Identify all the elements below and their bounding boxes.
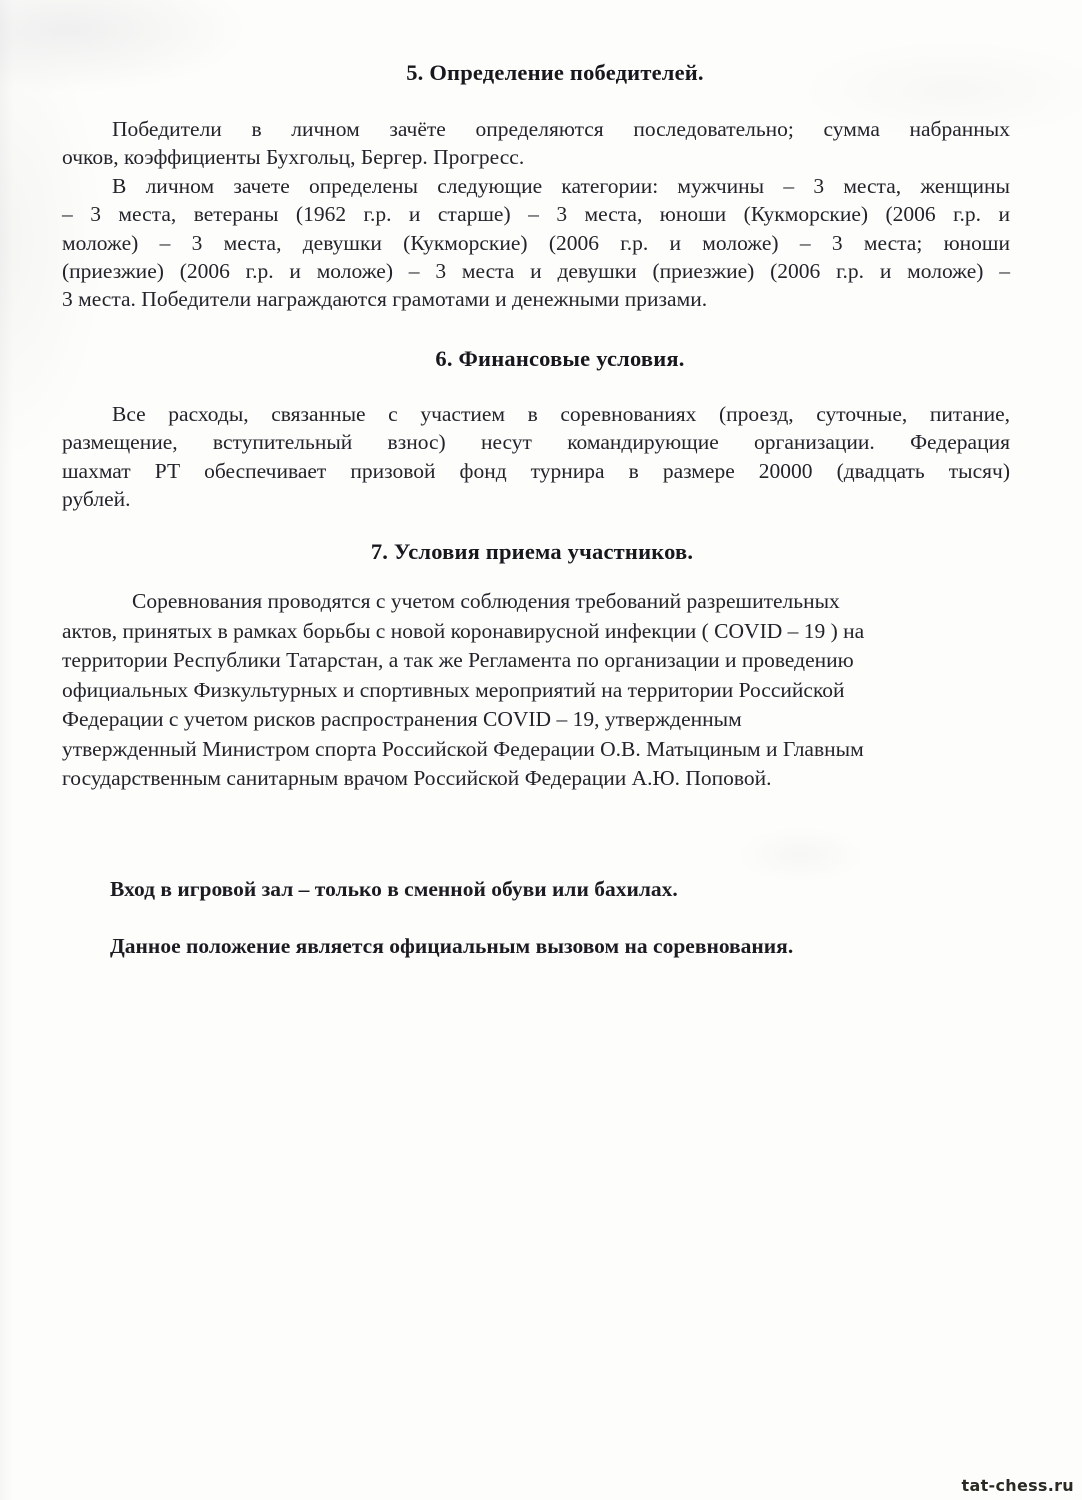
text-line: 3 места. Победители награждаются грамота… bbox=[62, 285, 1010, 313]
text-line: актов, принятых в рамках борьбы с новой … bbox=[62, 617, 1010, 647]
document-body: 5. Определение победителей. Победители в… bbox=[0, 0, 1082, 961]
text-line: государственным санитарным врачом Россий… bbox=[62, 764, 1010, 794]
text-line: очков, коэффициенты Бухгольц, Бергер. Пр… bbox=[62, 143, 1010, 171]
document-notes: Вход в игровой зал – только в сменной об… bbox=[110, 875, 1010, 961]
text-line: шахмат РТ обеспечивает призовой фонд тур… bbox=[62, 457, 1010, 485]
section-admission: 7. Условия приема участников. Соревнован… bbox=[62, 538, 1010, 794]
text-line: Все расходы, связанные с участием в соре… bbox=[62, 400, 1010, 428]
section-5-heading: 5. Определение победителей. bbox=[81, 59, 1029, 87]
text-line: официальных Физкультурных и спортивных м… bbox=[62, 676, 1010, 706]
text-line: В личном зачете определены следующие кат… bbox=[62, 172, 1010, 200]
text-line: размещение, вступительный взнос) несут к… bbox=[62, 428, 1010, 456]
text-line: (приезжие) (2006 г.р. и моложе) – 3 мест… bbox=[62, 257, 1010, 285]
text-line: Победители в личном зачёте определяются … bbox=[62, 115, 1010, 143]
section-5-paragraph-1: Победители в личном зачёте определяются … bbox=[62, 115, 1010, 172]
section-6-paragraph-1: Все расходы, связанные с участием в соре… bbox=[62, 400, 1010, 514]
scanned-document-page: 5. Определение победителей. Победители в… bbox=[0, 0, 1082, 1500]
text-line: утвержденный Министром спорта Российской… bbox=[62, 735, 1010, 765]
note-footwear: Вход в игровой зал – только в сменной об… bbox=[110, 875, 1010, 903]
section-5-paragraph-2: В личном зачете определены следующие кат… bbox=[62, 172, 1010, 314]
site-watermark: tat-chess.ru bbox=[962, 1476, 1074, 1495]
text-line: – 3 места, ветераны (1962 г.р. и старше)… bbox=[62, 200, 1010, 228]
text-line: территории Республики Татарстан, а так ж… bbox=[62, 646, 1010, 676]
section-7-heading: 7. Условия приема участников. bbox=[58, 538, 1006, 566]
text-line: рублей. bbox=[62, 485, 1010, 513]
section-winners: 5. Определение победителей. Победители в… bbox=[62, 59, 1010, 314]
note-official-invitation: Данное положение является официальным вы… bbox=[110, 932, 1010, 960]
section-7-paragraph-1: Соревнования проводятся с учетом соблюде… bbox=[62, 587, 1010, 794]
text-line: моложе) – 3 места, девушки (Кукморские) … bbox=[62, 229, 1010, 257]
section-6-heading: 6. Финансовые условия. bbox=[86, 345, 1034, 373]
text-line: Федерации с учетом рисков распространени… bbox=[62, 705, 1010, 735]
section-financial: 6. Финансовые условия. Все расходы, связ… bbox=[62, 345, 1010, 514]
text-line: Соревнования проводятся с учетом соблюде… bbox=[62, 587, 1010, 617]
